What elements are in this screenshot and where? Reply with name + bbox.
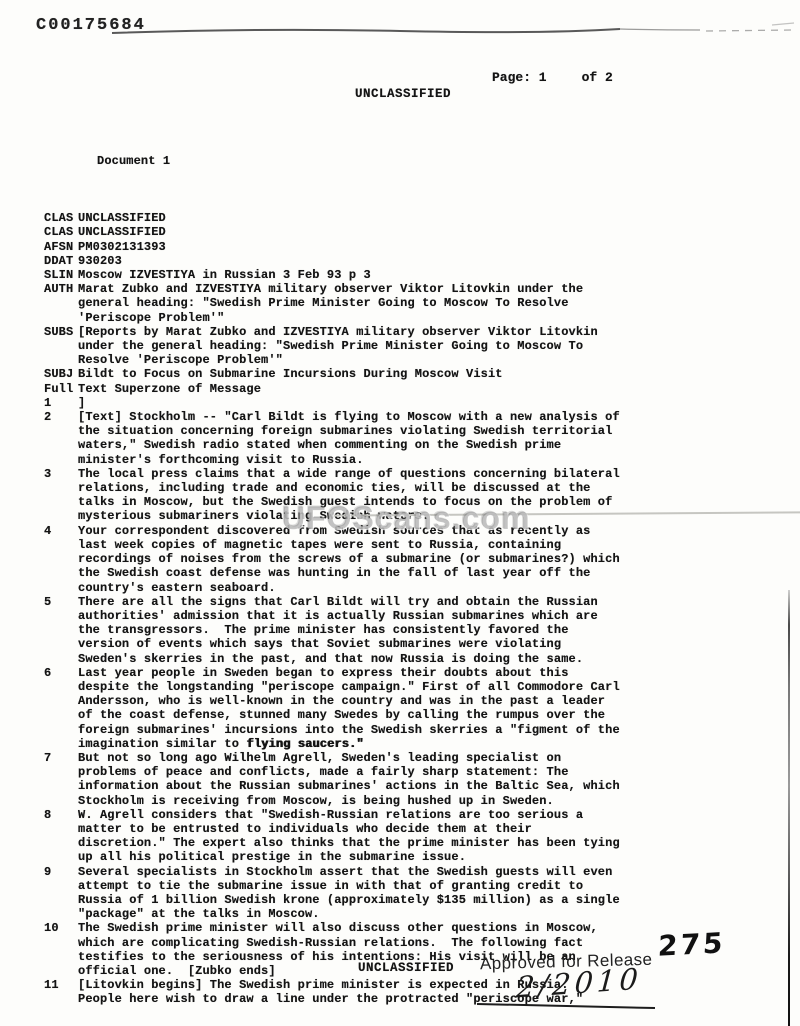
text-line: matter to be entrusted to individuals wh… (44, 822, 684, 836)
text-line: Stockholm is receiving from Moscow, is b… (44, 794, 684, 808)
classification-header: UNCLASSIFIED (355, 87, 451, 101)
text-line: country's eastern seaboard. (44, 581, 684, 595)
text-line: the transgressors. The prime minister ha… (44, 623, 684, 637)
text-line: discretion." The expert also thinks that… (44, 836, 684, 850)
text-line: general heading: "Swedish Prime Minister… (44, 296, 684, 310)
text-line: under the general heading: "Swedish Prim… (44, 339, 684, 353)
text-line: FullText Superzone of Message (44, 382, 684, 396)
text-line: last week copies of magnetic tapes were … (44, 538, 684, 552)
text-line: attempt to tie the submarine issue in wi… (44, 879, 684, 893)
text-line: Andersson, who is well-known in the coun… (44, 694, 684, 708)
text-line: 2[Text] Stockholm -- "Carl Bildt is flyi… (44, 410, 684, 424)
text-line: SUBJBildt to Focus on Submarine Incursio… (44, 367, 684, 381)
text-line: the situation concerning foreign submari… (44, 424, 684, 438)
text-line: 9Several specialists in Stockholm assert… (44, 865, 684, 879)
text-line: AUTHMarat Zubko and IZVESTIYA military o… (44, 282, 684, 296)
classification-footer: UNCLASSIFIED (358, 961, 454, 975)
page-number-label: Page: 1 (492, 70, 547, 85)
text-line: version of events which says that Soviet… (44, 637, 684, 651)
text-line: imagination similar to flying saucers." (44, 737, 684, 751)
scanned-document-page: C00175684 Page: 1of 2 UNCLASSIFIED Docum… (0, 0, 800, 1026)
text-line: SLINMoscow IZVESTIYA in Russian 3 Feb 93… (44, 268, 684, 282)
document-body: Document 1 CLASUNCLASSIFIEDCLASUNCLASSIF… (44, 126, 684, 1007)
text-line: 8W. Agrell considers that "Swedish-Russi… (44, 808, 684, 822)
text-line: authorities' admission that it is actual… (44, 609, 684, 623)
text-line: SUBS[Reports by Marat Zubko and IZVESTIY… (44, 325, 684, 339)
text-line: 3The local press claims that a wide rang… (44, 467, 684, 481)
text-line: DDAT930203 (44, 254, 684, 268)
page-indicator: Page: 1of 2 (492, 70, 613, 85)
text-line: which are complicating Swedish-Russian r… (44, 936, 684, 950)
text-line: 7But not so long ago Wilhelm Agrell, Swe… (44, 751, 684, 765)
text-line: information about the Russian submarines… (44, 779, 684, 793)
text-line: foreign submarines' incursions into the … (44, 723, 684, 737)
text-line: the Swedish coast defense was hunting in… (44, 566, 684, 580)
text-line: up all his political prestige in the sub… (44, 850, 684, 864)
text-line: 1] (44, 396, 684, 410)
text-line: 'Periscope Problem'" (44, 311, 684, 325)
handwritten-page-stamp: 275 (657, 926, 726, 963)
page-of-label: of 2 (582, 70, 613, 85)
text-line: of the coast defense, stunned many Swede… (44, 708, 684, 722)
text-line: CLASUNCLASSIFIED (44, 211, 684, 225)
text-line: minister's forthcoming visit to Russia. (44, 453, 684, 467)
text-line: 10The Swedish prime minister will also d… (44, 921, 684, 935)
page-edge-line-artifact (788, 590, 790, 1026)
document-title: Document 1 (44, 154, 684, 168)
text-line: Resolve 'Periscope Problem'" (44, 353, 684, 367)
text-line: despite the longstanding "periscope camp… (44, 680, 684, 694)
text-line: 5There are all the signs that Carl Bildt… (44, 595, 684, 609)
document-id-stamp: C00175684 (36, 16, 146, 35)
text-line: waters," Swedish radio stated when comme… (44, 438, 684, 452)
text-line: 6Last year people in Sweden began to exp… (44, 666, 684, 680)
text-line: AFSNPM0302131393 (44, 240, 684, 254)
text-line: "package" at the talks in Moscow. (44, 907, 684, 921)
text-line: relations, including trade and economic … (44, 481, 684, 495)
watermark-text: UFOScans.com (282, 500, 531, 537)
text-line: Sweden's skerries in the past, and that … (44, 652, 684, 666)
text-line: problems of peace and conflicts, made a … (44, 765, 684, 779)
text-line: recordings of noises from the screws of … (44, 552, 684, 566)
text-line: CLASUNCLASSIFIED (44, 225, 684, 239)
text-line: Russia of 1 billion Swedish krone (appro… (44, 893, 684, 907)
